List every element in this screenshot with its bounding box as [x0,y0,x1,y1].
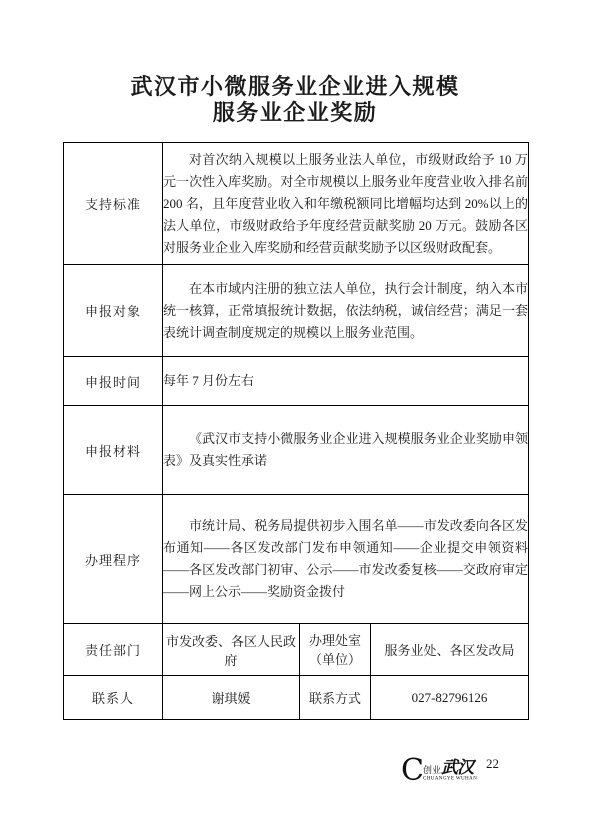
row-label: 支持标准 [64,143,163,265]
page-footer: C 创业 武汉 CHUANGYE WUHAN 22 [0,750,590,810]
row-content-text: 《武汉市支持小微服务业企业进入规模服务业企业奖励申领表》及真实性承诺 [163,428,528,472]
handling-office-value: 服务业处、各区发改局 [371,624,529,676]
row-content-text: 在本市域内注册的独立法人单位，执行会计制度，纳入本市统一核算，正常填报统计数据，… [163,278,528,344]
row-content-text: 每年 7 月份左右 [163,370,528,392]
contact-method-label: 联系方式 [300,676,371,720]
row-label: 申报对象 [64,265,163,357]
table-row-application-time: 申报时间 每年 7 月份左右 [64,357,529,406]
row-content-cell: 《武汉市支持小微服务业企业进入规模服务业企业奖励申领表》及真实性承诺 [163,406,529,495]
logo-cn-large: 武汉 [441,760,473,775]
contact-phone-value: 027-82796126 [371,676,529,720]
row-content-text: 对首次纳入规模以上服务业法人单位，市级财政给予 10 万元一次性入库奖励。对全市… [163,149,528,259]
table-row-support-standard: 支持标准 对首次纳入规模以上服务业法人单位，市级财政给予 10 万元一次性入库奖… [64,143,529,265]
row-content-cell: 市统计局、税务局提供初步入围名单——市发改委向各区发布通知——各区发改部门发布申… [163,495,529,624]
row-label: 办理程序 [64,495,163,624]
table-row-application-materials: 申报材料 《武汉市支持小微服务业企业进入规模服务业企业奖励申领表》及真实性承诺 [64,406,529,495]
page-title: 武汉市小微服务业企业进入规模 服务业企业奖励 [0,74,590,126]
policy-info-table: 支持标准 对首次纳入规模以上服务业法人单位，市级财政给予 10 万元一次性入库奖… [63,142,529,720]
row-label: 联系人 [64,676,163,720]
row-label: 申报材料 [64,406,163,495]
chuangye-wuhan-logo: C 创业 武汉 CHUANGYE WUHAN [401,757,487,785]
responsible-department-value: 市发改委、各区人民政府 [163,624,300,676]
handling-office-label: 办理处室 （单位） [300,624,371,676]
title-line-2: 服务业企业奖励 [0,100,590,126]
document-page: 武汉市小微服务业企业进入规模 服务业企业奖励 支持标准 对首次纳入规模以上服务业… [0,0,590,830]
logo-initial-c: C [401,757,424,785]
page-number: 22 [486,756,499,772]
row-content-cell: 在本市域内注册的独立法人单位，执行会计制度，纳入本市统一核算，正常填报统计数据，… [163,265,529,357]
row-content-cell: 每年 7 月份左右 [163,357,529,406]
row-label: 责任部门 [64,624,163,676]
logo-en-caption: CHUANGYE WUHAN [423,776,477,781]
row-label: 申报时间 [64,357,163,406]
title-line-1: 武汉市小微服务业企业进入规模 [0,74,590,100]
logo-text-block: 创业 武汉 CHUANGYE WUHAN [423,757,487,782]
table-row-processing-procedure: 办理程序 市统计局、税务局提供初步入围名单——市发改委向各区发布通知——各区发改… [64,495,529,624]
contact-person-value: 谢琪媛 [163,676,300,720]
table-row-application-target: 申报对象 在本市域内注册的独立法人单位，执行会计制度，纳入本市统一核算，正常填报… [64,265,529,357]
logo-cn-small: 创业 [423,763,441,776]
row-content-cell: 对首次纳入规模以上服务业法人单位，市级财政给予 10 万元一次性入库奖励。对全市… [163,143,529,265]
row-content-text: 市统计局、税务局提供初步入围名单——市发改委向各区发布通知——各区发改部门发布申… [163,515,528,603]
table-row-responsible-department: 责任部门 市发改委、各区人民政府 办理处室 （单位） 服务业处、各区发改局 [64,624,529,676]
table-row-contact: 联系人 谢琪媛 联系方式 027-82796126 [64,676,529,720]
